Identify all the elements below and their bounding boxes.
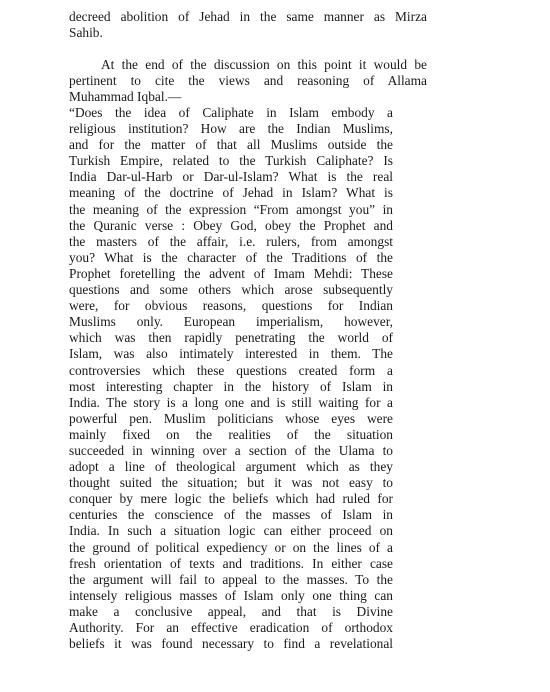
text-line: and for the matter of that all Muslims o… bbox=[69, 137, 393, 153]
text-line: most interesting chapter in the history … bbox=[69, 379, 393, 395]
text-line: adopt a line of theological argument whi… bbox=[69, 459, 393, 475]
text-line: India Dar-ul-Harb or Dar-ul-Islam? What … bbox=[69, 169, 393, 185]
text-line: you? What is the character of the Tradit… bbox=[69, 250, 393, 266]
text-line: thought suited the situation; but it was… bbox=[69, 475, 393, 491]
text-line: controversies which these questions crea… bbox=[69, 363, 393, 379]
text-line: succeeded in winning over a section of t… bbox=[69, 443, 393, 459]
text-line: the meaning of the expression “From amon… bbox=[69, 202, 393, 218]
text-line: India. In such a situation logic can eit… bbox=[69, 523, 393, 539]
text-line: the masters of the affair, i.e. rulers, … bbox=[69, 234, 393, 250]
text-line: centuries the conscience of the masses o… bbox=[69, 507, 393, 523]
text-line: decreed abolition of Jehad in the same m… bbox=[69, 9, 427, 25]
text-line: Authority. For an effective eradication … bbox=[69, 620, 393, 636]
text-line: intensely religious masses of Islam only… bbox=[69, 588, 393, 604]
text-line: pertinent to cite the views and reasonin… bbox=[69, 73, 427, 89]
document-page: decreed abolition of Jehad in the same m… bbox=[0, 0, 550, 692]
text-line: religious institution? How are the India… bbox=[69, 121, 393, 137]
text-line: meaning of the doctrine of Jehad in Isla… bbox=[69, 185, 393, 201]
paragraph-iqbal-intro: At the end of the discussion on this poi… bbox=[69, 57, 427, 105]
text-line: the ground of political expediency or on… bbox=[69, 540, 393, 556]
text-line: Sahib. bbox=[69, 25, 427, 41]
text-line: beliefs it was found necessary to find a… bbox=[69, 636, 393, 652]
text-line: were, for obvious reasons, questions for… bbox=[69, 298, 393, 314]
text-line: Turkish Empire, related to the Turkish C… bbox=[69, 153, 393, 169]
text-line: the argument will fail to appeal to the … bbox=[69, 572, 393, 588]
text-line: make a conclusive appeal, and that is Di… bbox=[69, 604, 393, 620]
text-line: “Does the idea of Caliphate in Islam emb… bbox=[69, 105, 393, 121]
text-line: which was then rapidly penetrating the w… bbox=[69, 330, 393, 346]
text-line: At the end of the discussion on this poi… bbox=[69, 57, 427, 73]
text-line: Prophet foretelling the advent of Imam M… bbox=[69, 266, 393, 282]
text-line: Muhammad Iqbal.— bbox=[69, 89, 427, 105]
text-line: questions and some others which arose su… bbox=[69, 282, 393, 298]
text-line: fresh orientation of texts and tradition… bbox=[69, 556, 393, 572]
text-line: Islam, was also intimately interested in… bbox=[69, 346, 393, 362]
text-line: Muslims only. European imperialism, howe… bbox=[69, 314, 393, 330]
text-line: the Quranic verse : Obey God, obey the P… bbox=[69, 218, 393, 234]
text-line: mainly fixed on the realities of the sit… bbox=[69, 427, 393, 443]
text-line: powerful pen. Muslim politicians whose e… bbox=[69, 411, 393, 427]
text-line: conquer by mere logic the beliefs which … bbox=[69, 491, 393, 507]
paragraph-continuation: decreed abolition of Jehad in the same m… bbox=[69, 9, 427, 41]
text-line: India. The story is a long one and is st… bbox=[69, 395, 393, 411]
block-quote-iqbal: “Does the idea of Caliphate in Islam emb… bbox=[69, 105, 393, 652]
